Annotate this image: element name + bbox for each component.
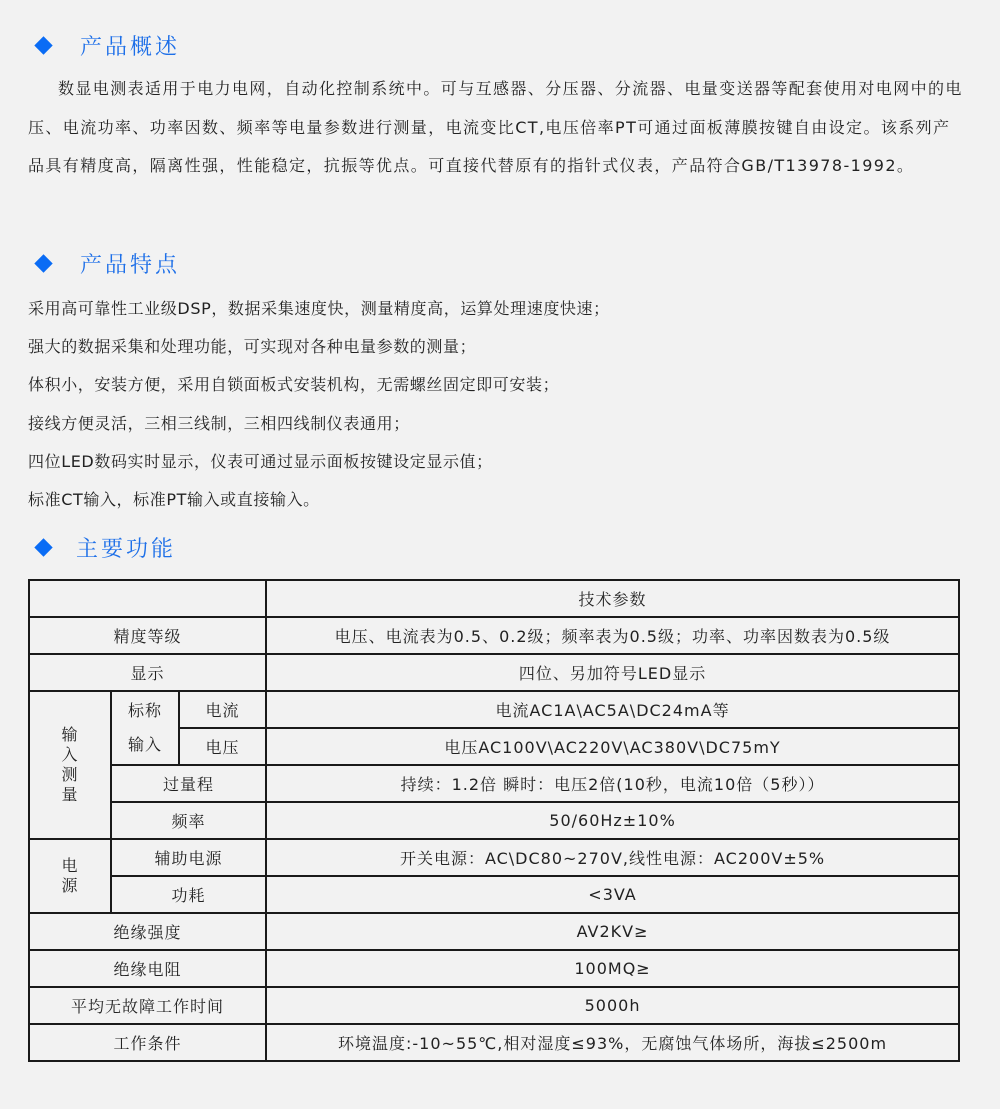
group-label-power: 电源 — [29, 839, 111, 913]
row-value: 持续：1.2倍 瞬时：电压2倍(10秒，电流10倍（5秒）） — [266, 765, 959, 802]
row-label: 显示 — [29, 654, 266, 691]
row-label: 绝缘电阻 — [29, 950, 266, 987]
row-label: 频率 — [111, 802, 266, 839]
section-heading-features: 产品特点 — [33, 248, 180, 278]
row-value: 电压AC100V\AC220V\AC380V\DC75mY — [266, 728, 959, 765]
feature-item: 接线方便灵活，三相三线制，三相四线制仪表通用； — [28, 405, 610, 443]
heading-text: 产品概述 — [80, 30, 180, 61]
row-value: 电流AC1A\AC5A\DC24mA等 — [266, 691, 959, 728]
row-value: AV2KV≥ — [266, 913, 959, 950]
table-row-header: 技术参数 — [29, 580, 959, 617]
row-value: 5000h — [266, 987, 959, 1024]
header-cell-left — [29, 580, 266, 617]
row-label: 电流 — [179, 691, 266, 728]
spec-table: 技术参数 精度等级 电压、电流表为0.5、0.2级；频率表为0.5级；功率、功率… — [28, 579, 960, 1062]
row-label: 工作条件 — [29, 1024, 266, 1061]
row-label: 绝缘强度 — [29, 913, 266, 950]
row-value: <3VA — [266, 876, 959, 913]
overview-paragraph: 数显电测表适用于电力电网，自动化控制系统中。可与互感器、分压器、分流器、电量变送… — [28, 70, 963, 186]
heading-text: 主要功能 — [76, 532, 176, 563]
table-row: 绝缘强度 AV2KV≥ — [29, 913, 959, 950]
feature-item: 体积小，安装方便，采用自锁面板式安装机构，无需螺丝固定即可安装； — [28, 366, 610, 404]
feature-item: 强大的数据采集和处理功能，可实现对各种电量参数的测量； — [28, 328, 610, 366]
row-value: 环境温度:-10~55℃,相对湿度≤93%，无腐蚀气体场所，海拔≤2500m — [266, 1024, 959, 1061]
diamond-bullet-icon — [34, 36, 52, 54]
table-row: 绝缘电阻 100MQ≥ — [29, 950, 959, 987]
row-label: 平均无故障工作时间 — [29, 987, 266, 1024]
group-label-input-measure: 输入测量 — [29, 691, 111, 839]
feature-list: 采用高可靠性工业级DSP，数据采集速度快，测量精度高，运算处理速度快速； 强大的… — [28, 290, 610, 519]
table-row: 输入测量 标称 输入 电流 电流AC1A\AC5A\DC24mA等 — [29, 691, 959, 728]
subgroup-label-nominal-input: 标称 输入 — [111, 691, 179, 765]
row-label: 辅助电源 — [111, 839, 266, 876]
row-value: 电压、电流表为0.5、0.2级；频率表为0.5级；功率、功率因数表为0.5级 — [266, 617, 959, 654]
row-label: 精度等级 — [29, 617, 266, 654]
row-value: 50/60Hz±10% — [266, 802, 959, 839]
row-value: 开关电源：AC\DC80~270V,线性电源：AC200V±5% — [266, 839, 959, 876]
table-row: 显示 四位、另加符号LED显示 — [29, 654, 959, 691]
table-row: 工作条件 环境温度:-10~55℃,相对湿度≤93%，无腐蚀气体场所，海拔≤25… — [29, 1024, 959, 1061]
feature-item: 标准CT输入，标准PT输入或直接输入。 — [28, 481, 610, 519]
row-label: 过量程 — [111, 765, 266, 802]
heading-text: 产品特点 — [80, 248, 180, 279]
table-row: 功耗 <3VA — [29, 876, 959, 913]
diamond-bullet-icon — [34, 538, 52, 556]
table-row: 电源 辅助电源 开关电源：AC\DC80~270V,线性电源：AC200V±5% — [29, 839, 959, 876]
feature-item: 采用高可靠性工业级DSP，数据采集速度快，测量精度高，运算处理速度快速； — [28, 290, 610, 328]
table-row: 过量程 持续：1.2倍 瞬时：电压2倍(10秒，电流10倍（5秒）） — [29, 765, 959, 802]
row-label: 功耗 — [111, 876, 266, 913]
table-row: 平均无故障工作时间 5000h — [29, 987, 959, 1024]
diamond-bullet-icon — [34, 254, 52, 272]
row-value: 100MQ≥ — [266, 950, 959, 987]
section-heading-functions: 主要功能 — [33, 532, 176, 562]
feature-item: 四位LED数码实时显示，仪表可通过显示面板按键设定显示值； — [28, 443, 610, 481]
header-cell-right: 技术参数 — [266, 580, 959, 617]
table-row: 精度等级 电压、电流表为0.5、0.2级；频率表为0.5级；功率、功率因数表为0… — [29, 617, 959, 654]
row-label: 电压 — [179, 728, 266, 765]
section-heading-overview: 产品概述 — [33, 30, 180, 60]
table-row: 频率 50/60Hz±10% — [29, 802, 959, 839]
row-value: 四位、另加符号LED显示 — [266, 654, 959, 691]
